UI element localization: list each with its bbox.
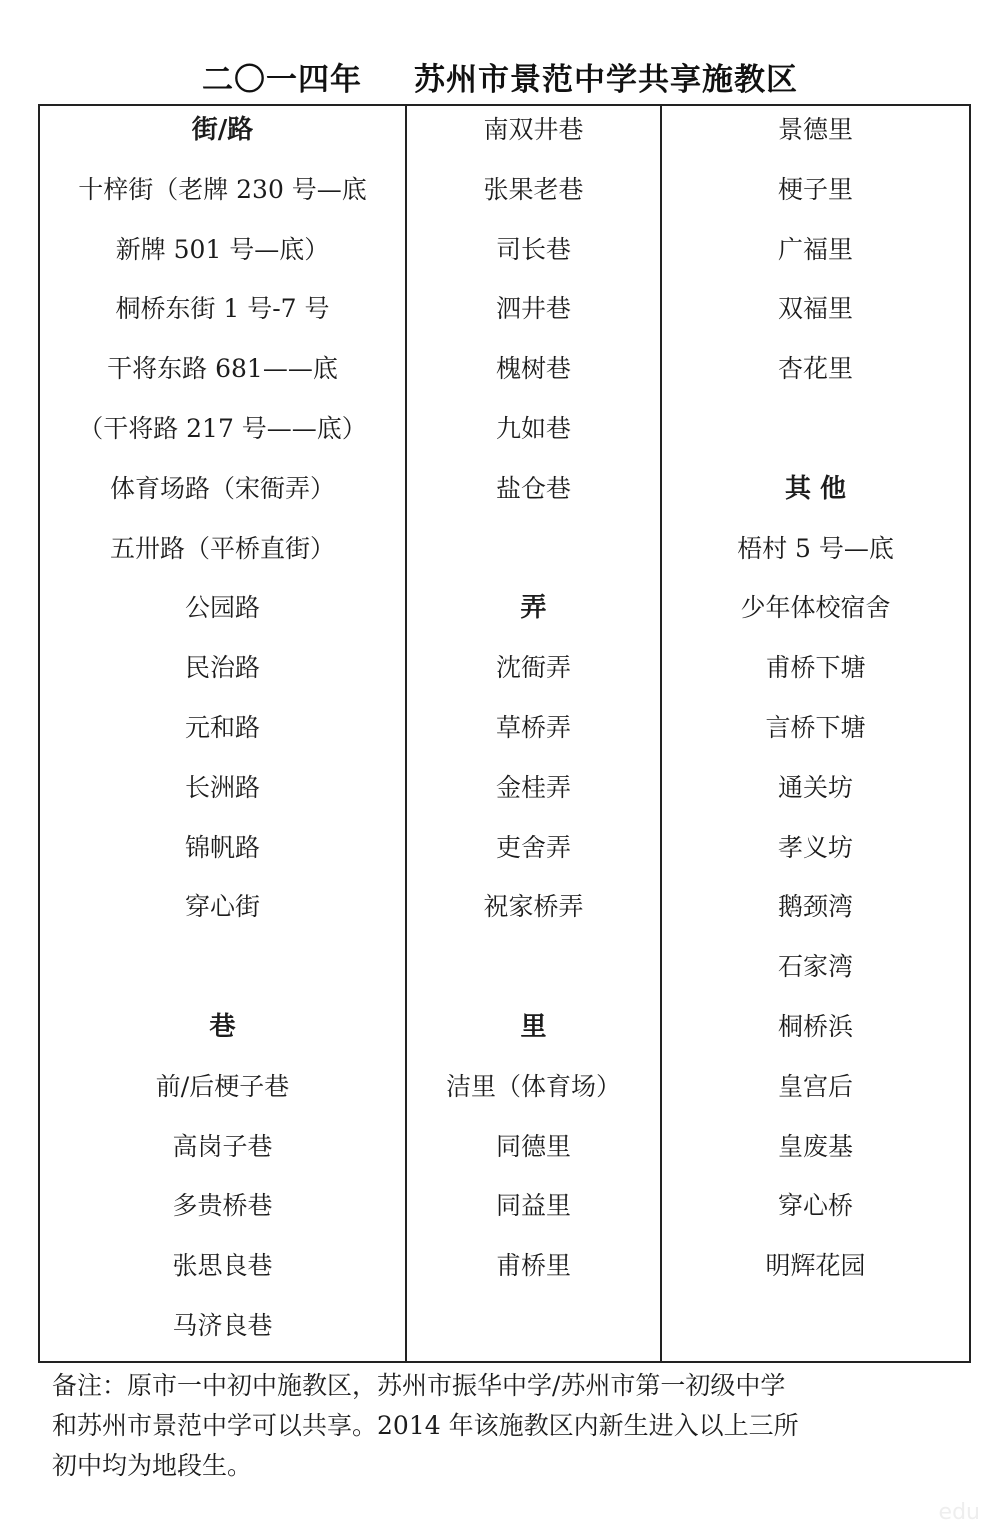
table-cell: 马济良巷 [40,1304,405,1364]
note-section: 备注：原市一中初中施教区，苏州市振华中学/苏州市第一初级中学 和苏州市景范中学可… [52,1366,972,1486]
column-streets-roads-lanes: 街/路十梓街（老牌 230 号—底新牌 501 号—底）桐桥东街 1 号-7 号… [40,106,405,1361]
table-cell: 张果老巷 [407,168,660,228]
table-cell: 草桥弄 [407,706,660,766]
table-cell: 干将东路 681——底 [40,347,405,407]
table-cell: 少年体校宿舍 [662,586,969,646]
table-cell: 洁里（体育场） [407,1065,660,1125]
section-heading: 里 [407,1005,660,1065]
table-cell: 公园路 [40,586,405,646]
table-cell: 桐桥东街 1 号-7 号 [40,287,405,347]
table-cell: 景德里 [662,108,969,168]
table-cell: 穿心街 [40,885,405,945]
table-cell: 沈衙弄 [407,646,660,706]
table-cell: 九如巷 [407,407,660,467]
table-cell: 盐仓巷 [407,467,660,527]
title-name: 苏州市景范中学共享施教区 [414,62,798,98]
table-cell: 甫桥下塘 [662,646,969,706]
table-cell: 皇宫后 [662,1065,969,1125]
watermark: edu [939,1500,980,1525]
table-cell: 明辉花园 [662,1244,969,1304]
table-cell: 梧村 5 号—底 [662,527,969,587]
table-cell: （干将路 217 号——底） [40,407,405,467]
table-cell: 甫桥里 [407,1244,660,1304]
table-cell: 梗子里 [662,168,969,228]
table-cell: 同益里 [407,1184,660,1244]
table-cell: 多贵桥巷 [40,1184,405,1244]
column-lanes-alleys-li: 南双井巷张果老巷司长巷泗井巷槐树巷九如巷盐仓巷弄沈衙弄草桥弄金桂弄吏舍弄祝家桥弄… [407,106,660,1361]
table-cell: 通关坊 [662,766,969,826]
table-cell: 槐树巷 [407,347,660,407]
table-cell: 祝家桥弄 [407,885,660,945]
table-cell: 新牌 501 号—底） [40,228,405,288]
table-cell: 十梓街（老牌 230 号—底 [40,168,405,228]
section-heading: 街/路 [40,108,405,168]
district-table: 街/路十梓街（老牌 230 号—底新牌 501 号—底）桐桥东街 1 号-7 号… [38,104,971,1363]
table-cell: 皇废基 [662,1125,969,1185]
table-cell: 穿心桥 [662,1184,969,1244]
page-title: 二〇一四年苏州市景范中学共享施教区 [0,58,1000,102]
note-line: 初中均为地段生。 [52,1446,972,1486]
table-cell: 南双井巷 [407,108,660,168]
table-cell: 前/后梗子巷 [40,1065,405,1125]
table-cell: 司长巷 [407,228,660,288]
table-cell: 高岗子巷 [40,1125,405,1185]
table-cell: 桐桥浜 [662,1005,969,1065]
note-line: 备注：原市一中初中施教区，苏州市振华中学/苏州市第一初级中学 [52,1366,972,1406]
section-heading: 弄 [407,586,660,646]
section-heading: 巷 [40,1005,405,1065]
table-cell: 石家湾 [662,945,969,1005]
table-cell: 长洲路 [40,766,405,826]
table-cell: 泗井巷 [407,287,660,347]
table-cell: 体育场路（宋衙弄） [40,467,405,527]
table-cell: 锦帆路 [40,826,405,886]
table-cell: 同德里 [407,1125,660,1185]
table-cell: 五卅路（平桥直街） [40,527,405,587]
table-cell: 吏舍弄 [407,826,660,886]
table-cell: 金桂弄 [407,766,660,826]
table-cell: 张思良巷 [40,1244,405,1304]
table-cell: 鹅颈湾 [662,885,969,945]
title-year: 二〇一四年 [202,62,362,98]
section-heading: 其 他 [662,467,969,527]
table-cell: 孝义坊 [662,826,969,886]
table-cell: 双福里 [662,287,969,347]
table-cell: 民治路 [40,646,405,706]
table-cell: 杏花里 [662,347,969,407]
column-li-other: 景德里梗子里广福里双福里杏花里其 他梧村 5 号—底少年体校宿舍甫桥下塘言桥下塘… [662,106,969,1361]
table-cell: 言桥下塘 [662,706,969,766]
table-cell: 广福里 [662,228,969,288]
table-cell: 元和路 [40,706,405,766]
note-line: 和苏州市景范中学可以共享。2014 年该施教区内新生进入以上三所 [52,1406,972,1446]
